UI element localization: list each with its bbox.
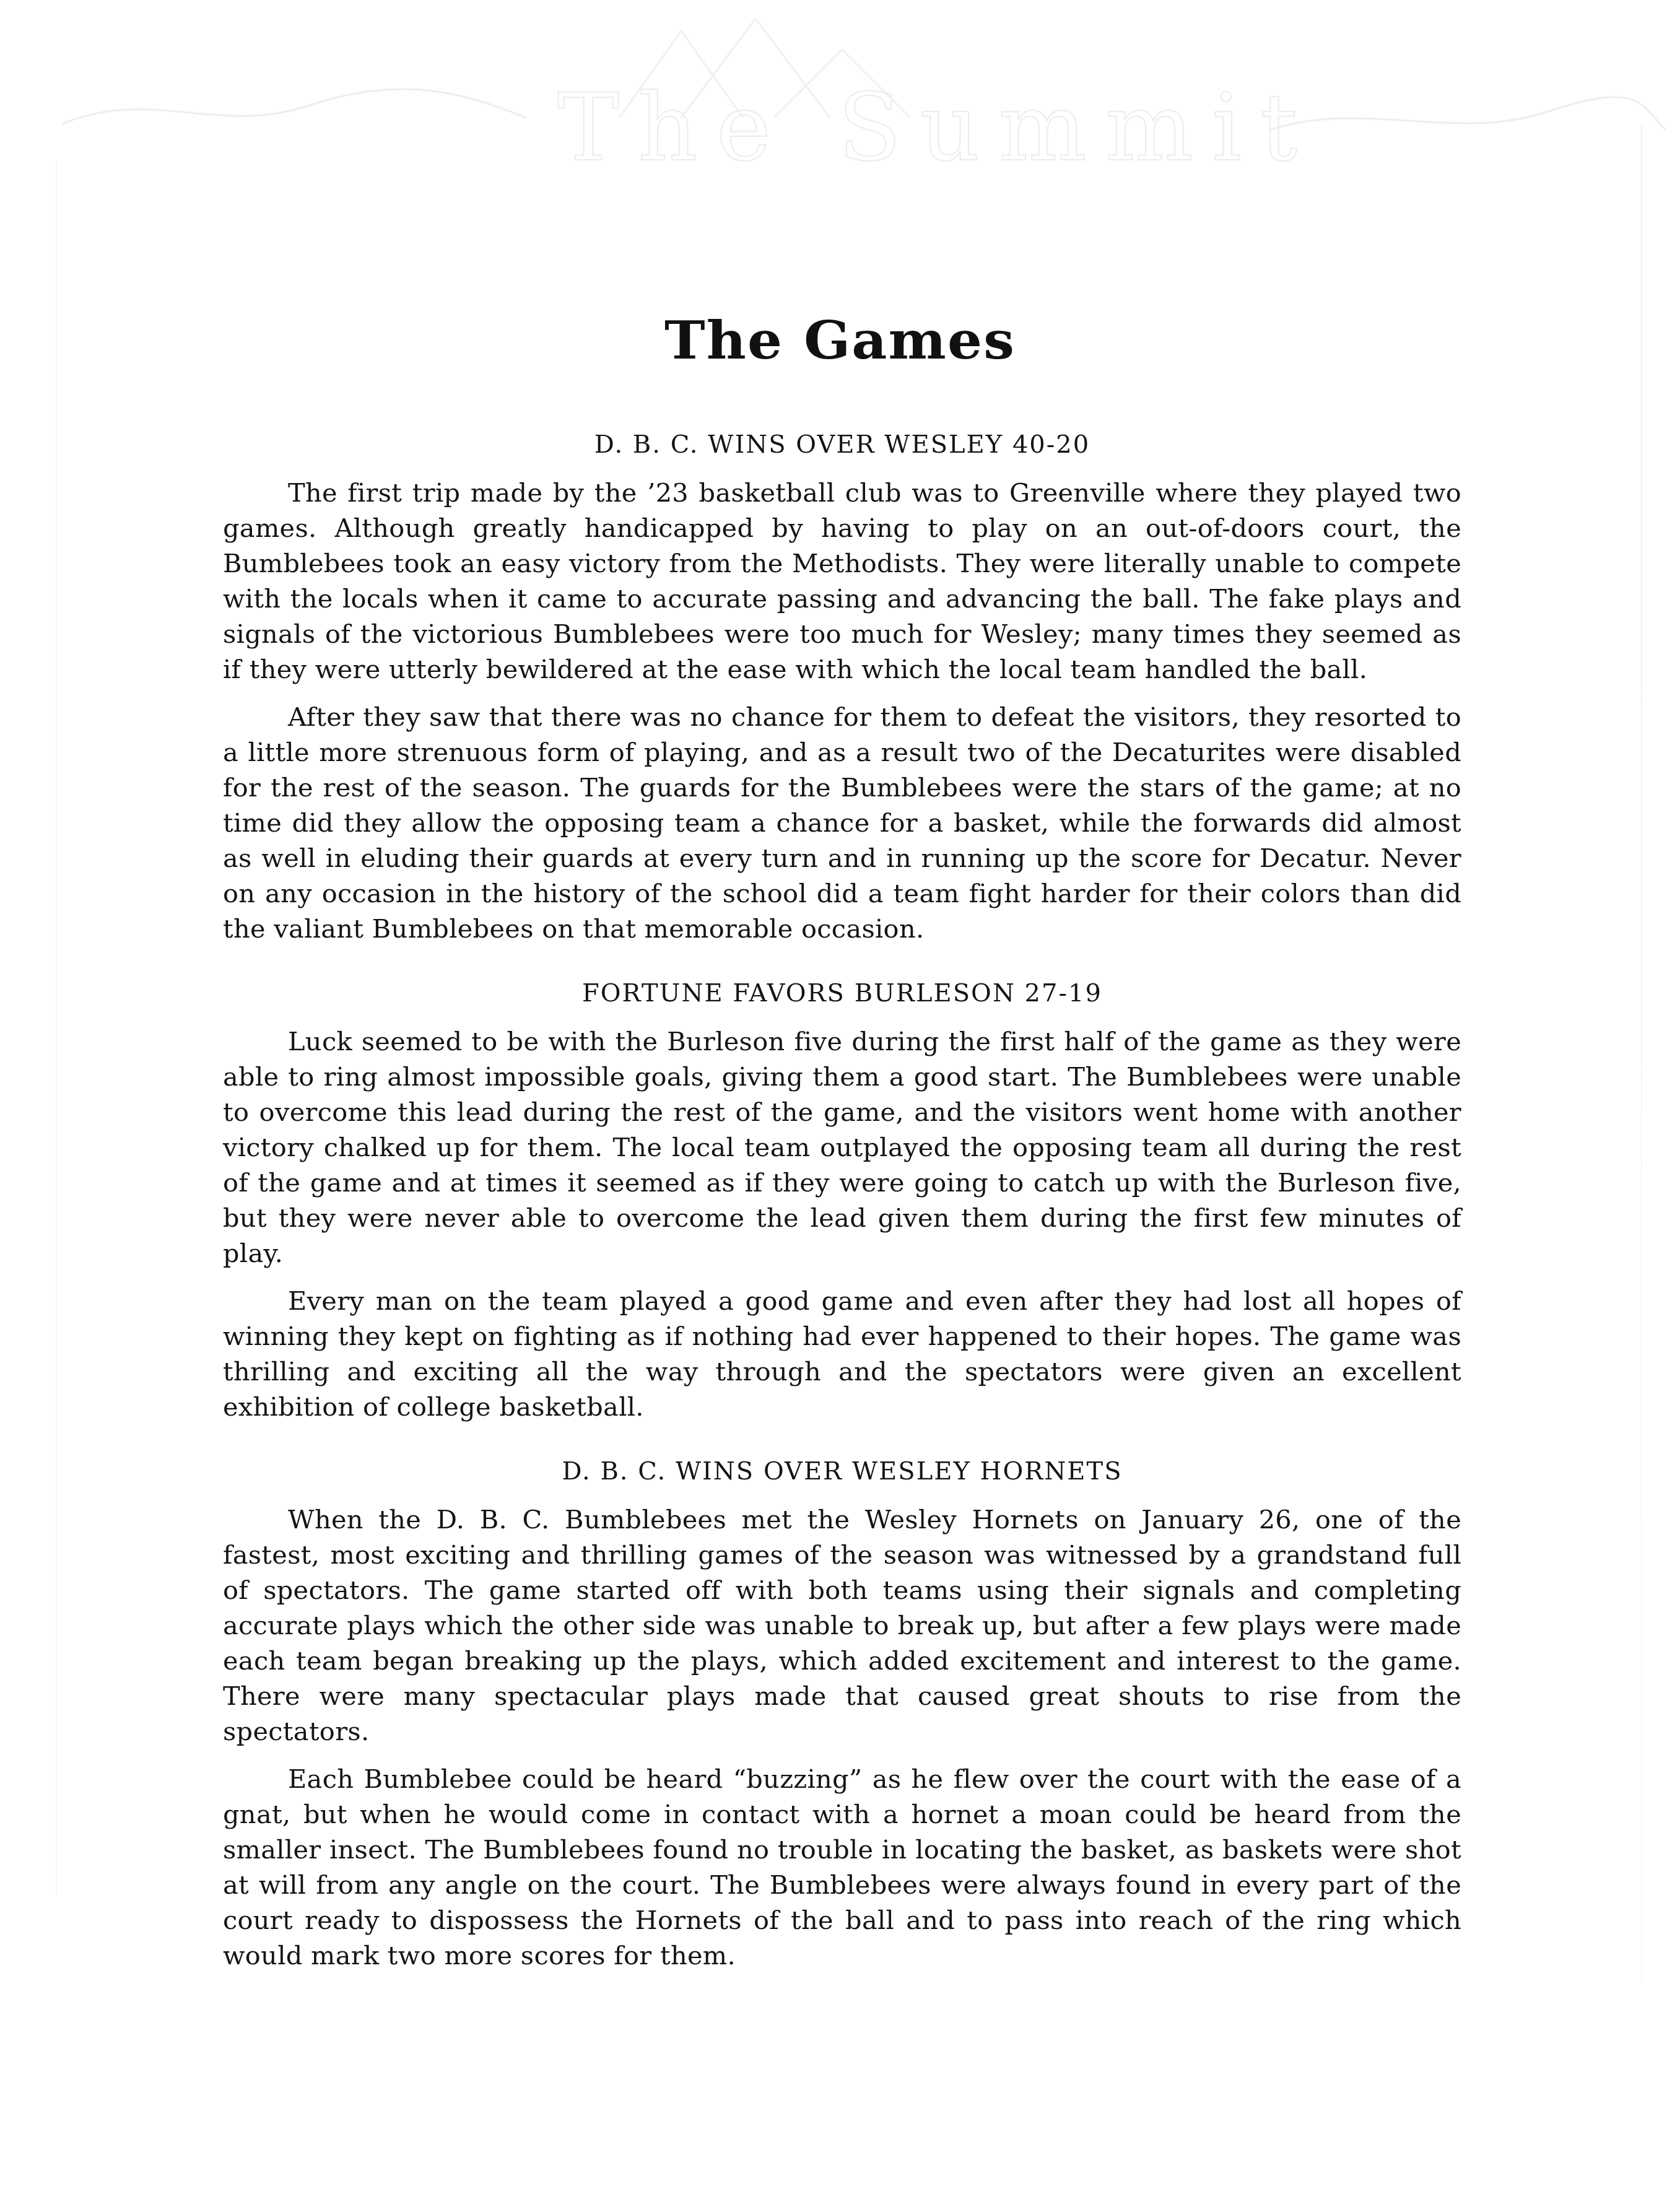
page-border-right <box>1641 124 1642 1982</box>
section-wesley-40-20: D. B. C. WINS OVER WESLEY 40-20 The firs… <box>223 427 1461 946</box>
embossed-title: The Summit <box>557 74 1316 182</box>
article-body: D. B. C. WINS OVER WESLEY 40-20 The firs… <box>223 427 1461 1985</box>
page-border-left <box>56 161 57 1895</box>
embossed-header-decoration: The Summit <box>62 12 1672 173</box>
paragraph: Every man on the team played a good game… <box>223 1283 1461 1424</box>
paragraph: Each Bumblebee could be heard “buzzing” … <box>223 1761 1461 1973</box>
yearbook-page: The Summit The Games D. B. C. WINS OVER … <box>0 0 1680 2199</box>
section-title: D. B. C. WINS OVER WESLEY 40-20 <box>223 427 1461 463</box>
section-burleson-27-19: FORTUNE FAVORS BURLESON 27-19 Luck seeme… <box>223 976 1461 1424</box>
paragraph: The first trip made by the ’23 basketbal… <box>223 475 1461 687</box>
paragraph: After they saw that there was no chance … <box>223 699 1461 946</box>
page-title: The Games <box>0 310 1680 371</box>
paragraph: When the D. B. C. Bumblebees met the Wes… <box>223 1502 1461 1749</box>
section-wesley-hornets: D. B. C. WINS OVER WESLEY HORNETS When t… <box>223 1454 1461 1973</box>
section-title: FORTUNE FAVORS BURLESON 27-19 <box>223 976 1461 1011</box>
paragraph: Luck seemed to be with the Burleson five… <box>223 1024 1461 1271</box>
section-title: D. B. C. WINS OVER WESLEY HORNETS <box>223 1454 1461 1489</box>
